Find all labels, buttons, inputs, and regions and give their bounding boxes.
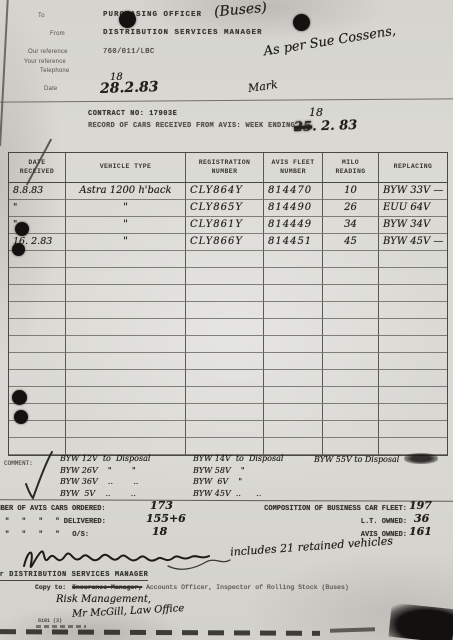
week-ending-date: 25. 2. 83 — [294, 118, 358, 135]
cell-replacing — [379, 268, 447, 285]
form-number: 6101 (3) — [38, 618, 62, 624]
avis-cars-table: DATE RECEIVEDVEHICLE TYPEREGISTRATION NU… — [8, 152, 448, 456]
scan-edge-line — [0, 0, 8, 146]
micro-print-smudge — [36, 625, 86, 628]
copy-to-rest: Accounts Officer, Inspector of Rolling S… — [146, 584, 349, 591]
cell-fleet — [264, 268, 323, 285]
cell-replacing: BYW 33V — — [379, 183, 447, 200]
cell-date — [9, 353, 66, 370]
cell-reg — [186, 387, 264, 404]
cell-reg — [186, 421, 264, 438]
cell-vehicle — [66, 370, 186, 387]
table-row-empty — [9, 302, 447, 319]
fleet-composition-value: 197 — [409, 499, 432, 512]
table-row-empty — [9, 336, 447, 353]
table-row: ""CLY865Y81449026EUU 64V — [9, 200, 447, 217]
cell-date — [9, 285, 66, 302]
cell-vehicle — [66, 302, 186, 319]
cell-reg — [186, 319, 264, 336]
table-row-empty — [9, 404, 447, 421]
table-row-empty — [9, 285, 447, 302]
comment-line: BYW 36V .. .. — [60, 476, 150, 488]
cell-reg — [186, 404, 264, 421]
cell-fleet — [264, 251, 323, 268]
cell-milo — [323, 251, 379, 268]
cell-vehicle — [66, 319, 186, 336]
comments-col2: BYW 14V to DisposalBYW 58V "BYW 6V "BYW … — [193, 453, 283, 499]
delivered-value: 155+6 — [146, 512, 186, 525]
column-header: VEHICLE TYPE — [66, 153, 186, 183]
cell-vehicle — [66, 251, 186, 268]
ordered-value: 173 — [150, 499, 173, 512]
cell-vehicle: Astra 1200 h'back — [66, 183, 186, 200]
cell-fleet — [264, 353, 323, 370]
scanned-memo-page: To From Our reference Your reference Tel… — [0, 0, 453, 640]
cell-replacing — [379, 336, 447, 353]
fleet-composition-label: COMPOSITION OF BUSINESS CAR FLEET: — [200, 505, 407, 513]
column-header: AVIS FLEET NUMBER — [264, 153, 323, 183]
table-row-empty — [9, 387, 447, 404]
cell-reg: CLY865Y — [186, 200, 264, 217]
hole-punch — [293, 14, 310, 31]
cell-fleet: 814490 — [264, 200, 323, 217]
cell-date — [9, 319, 66, 336]
cell-milo — [323, 302, 379, 319]
cell-vehicle — [66, 285, 186, 302]
cell-milo — [323, 285, 379, 302]
avis-table-body: 8.8.83Astra 1200 h'backCLY864Y81447010BY… — [9, 183, 447, 455]
hole-punch — [12, 243, 25, 256]
cell-replacing — [379, 251, 447, 268]
comments-col3: BYW 55V to Disposal — [314, 454, 399, 466]
cell-milo — [323, 421, 379, 438]
handwritten-note-signoff: Mark — [247, 78, 278, 95]
to-label: To — [38, 13, 45, 19]
copy-to-struck: Insurance Manager, — [72, 584, 142, 591]
comment-line: BYW 5V .. .. — [60, 488, 150, 500]
telephone-label: Telephone — [40, 68, 70, 74]
our-reference-value: 760/011/LBC — [103, 48, 155, 56]
cell-fleet: 814451 — [264, 234, 323, 251]
cell-reg: CLY864Y — [186, 183, 264, 200]
cell-date: 8.8.83 — [9, 183, 66, 200]
table-header-row: DATE RECEIVEDVEHICLE TYPEREGISTRATION NU… — [9, 153, 447, 183]
cell-reg — [186, 353, 264, 370]
cell-milo: 10 — [323, 183, 379, 200]
cell-vehicle — [66, 421, 186, 438]
cell-replacing — [379, 285, 447, 302]
cell-milo: 34 — [323, 217, 379, 234]
cell-milo — [323, 370, 379, 387]
week-date-rest: . 2. 83 — [312, 118, 358, 135]
cell-fleet: 814449 — [264, 217, 323, 234]
outstanding-value: 18 — [152, 525, 167, 538]
cell-date — [9, 268, 66, 285]
cell-fleet — [264, 421, 323, 438]
table-row-empty — [9, 353, 447, 370]
handwritten-note: As per Sue Cossens, — [263, 24, 397, 60]
column-header: REGISTRATION NUMBER — [186, 153, 264, 183]
comment-line: BYW 55V to Disposal — [314, 454, 399, 466]
column-header: REPLACING — [379, 153, 447, 183]
cell-fleet — [264, 302, 323, 319]
ink-smudge — [404, 453, 438, 464]
cell-reg — [186, 370, 264, 387]
contract-number-line: CONTRACT NO: 17903E — [88, 110, 177, 118]
comment-line: BYW 58V " — [193, 465, 283, 477]
from-value: DISTRIBUTION SERVICES MANAGER — [103, 29, 263, 37]
from-label: From — [50, 31, 65, 37]
cell-milo — [323, 353, 379, 370]
cell-replacing — [379, 404, 447, 421]
corner-ink-blob — [388, 603, 453, 640]
table-row: ""CLY861Y81444934BYW 34V — [9, 217, 447, 234]
cell-replacing: BYW 34V — [379, 217, 447, 234]
week-ending-correction: 18 — [309, 106, 323, 119]
bottom-smudge-dash — [330, 627, 375, 633]
our-reference-label: Our reference — [28, 49, 68, 55]
lt-owned-label: L.T. OWNED: — [200, 518, 407, 526]
cell-fleet — [264, 404, 323, 421]
comment-line: BYW 14V to Disposal — [193, 453, 283, 465]
cell-replacing — [379, 370, 447, 387]
cell-vehicle: " — [66, 217, 186, 234]
cell-milo — [323, 387, 379, 404]
to-handwritten-buses: (Buses) — [213, 0, 267, 20]
ordered-label: NUMBER OF AVIS CARS ORDERED: — [0, 505, 106, 513]
comments-separator — [0, 499, 453, 502]
hole-punch — [14, 410, 28, 424]
comment-line: BYW 45V .. .. — [193, 488, 283, 500]
column-header: DATE RECEIVED — [9, 153, 66, 183]
column-header: MILO READING — [323, 153, 379, 183]
table-row-empty — [9, 268, 447, 285]
cell-milo: 45 — [323, 234, 379, 251]
record-line: RECORD OF CARS RECEIVED FROM AVIS: WEEK … — [88, 122, 295, 130]
lt-owned-value: 36 — [414, 512, 429, 525]
cell-reg — [186, 336, 264, 353]
cell-vehicle — [66, 404, 186, 421]
cell-milo: 26 — [323, 200, 379, 217]
cell-vehicle — [66, 268, 186, 285]
signature — [18, 542, 236, 574]
avis-owned-value: 161 — [409, 525, 432, 538]
date-label: Date — [44, 86, 57, 92]
table-row: 16. 2.83"CLY866Y81445145BYW 45V — — [9, 234, 447, 251]
table-row-empty — [9, 421, 447, 438]
cell-vehicle: " — [66, 234, 186, 251]
cell-fleet — [264, 285, 323, 302]
cell-reg — [186, 251, 264, 268]
comments-col1: BYW 12V to DisposalBYW 26V " "BYW 36V ..… — [60, 453, 150, 499]
cell-vehicle — [66, 353, 186, 370]
cell-date — [9, 302, 66, 319]
cell-replacing: BYW 45V — — [379, 234, 447, 251]
bottom-smudge-bar — [0, 629, 320, 636]
cell-replacing — [379, 387, 447, 404]
cell-reg — [186, 268, 264, 285]
cell-milo — [323, 268, 379, 285]
comment-line: BYW 6V " — [193, 476, 283, 488]
check-mark — [22, 450, 54, 500]
cell-fleet — [264, 336, 323, 353]
copy-to-label: Copy to: — [35, 584, 66, 591]
cell-replacing: EUU 64V — [379, 200, 447, 217]
table-row-empty — [9, 251, 447, 268]
hole-punch — [15, 222, 29, 236]
table-row-empty — [9, 319, 447, 336]
cell-reg: CLY861Y — [186, 217, 264, 234]
cell-reg: CLY866Y — [186, 234, 264, 251]
cell-fleet — [264, 319, 323, 336]
copy-to-handwritten-2: Mr McGill, Law Office — [72, 603, 185, 620]
cell-vehicle: " — [66, 200, 186, 217]
cell-reg — [186, 302, 264, 319]
comment-line: BYW 26V " " — [60, 465, 150, 477]
cell-milo — [323, 336, 379, 353]
hole-punch — [119, 11, 136, 28]
hole-punch — [12, 390, 27, 405]
cell-replacing — [379, 353, 447, 370]
table-row-empty — [9, 370, 447, 387]
copy-to-handwritten-1: Risk Management, — [56, 594, 151, 605]
cell-milo — [323, 404, 379, 421]
cell-replacing — [379, 319, 447, 336]
cell-date — [9, 336, 66, 353]
date-value: 28.2.83 — [100, 79, 159, 97]
to-value: PURCHASING OFFICER — [103, 11, 202, 19]
comment-line: BYW 12V to Disposal — [60, 453, 150, 465]
cell-reg — [186, 285, 264, 302]
your-reference-label: Your reference — [24, 59, 66, 65]
header-separator — [0, 98, 453, 102]
cell-milo — [323, 319, 379, 336]
cell-replacing — [379, 302, 447, 319]
delivered-label: " " " " DELIVERED: — [5, 518, 106, 526]
cell-fleet — [264, 370, 323, 387]
week-date-struck: 25 — [294, 119, 313, 135]
table-row: 8.8.83Astra 1200 h'backCLY864Y81447010BY… — [9, 183, 447, 200]
cell-vehicle — [66, 387, 186, 404]
cell-milo — [323, 438, 379, 455]
cell-fleet — [264, 387, 323, 404]
outstanding-label: " " " " O/S: — [5, 531, 89, 539]
cell-date: " — [9, 200, 66, 217]
cell-replacing — [379, 421, 447, 438]
signed-for-line: for DISTRIBUTION SERVICES MANAGER — [0, 571, 148, 581]
cell-fleet: 814470 — [264, 183, 323, 200]
cell-vehicle — [66, 336, 186, 353]
cell-date — [9, 370, 66, 387]
